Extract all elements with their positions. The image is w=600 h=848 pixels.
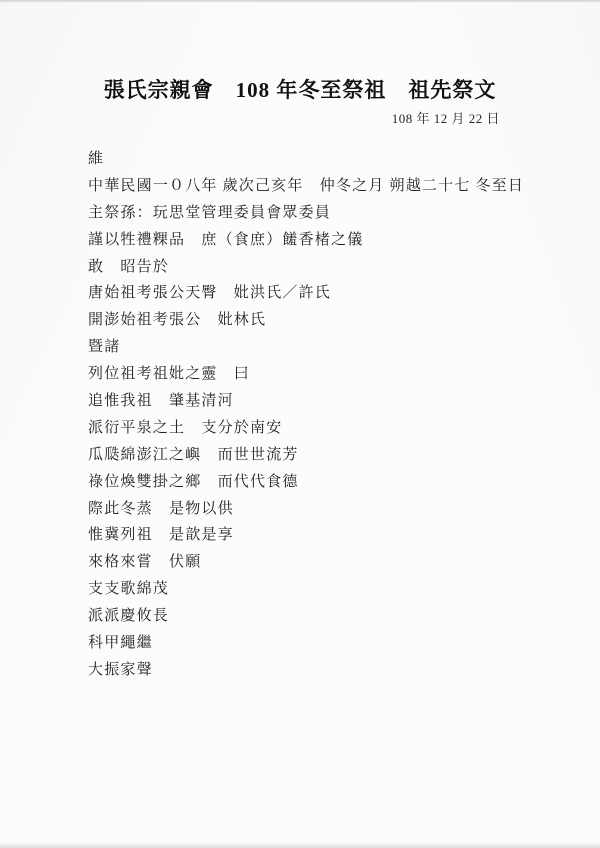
text-line: 際此冬蒸 是物以供 [88, 496, 558, 523]
text-line: 追惟我祖 肇基清河 [88, 388, 558, 415]
document-body: 維 中華民國一０八年 歲次己亥年 仲冬之月 朔越二十七 冬至日 主祭孫：玩思堂管… [88, 146, 558, 684]
text-line: 敢 昭告於 [88, 254, 558, 281]
text-line: 中華民國一０八年 歲次己亥年 仲冬之月 朔越二十七 冬至日 [88, 173, 558, 200]
text-line: 暨諸 [88, 334, 558, 361]
text-line: 派衍平泉之土 支分於南安 [88, 415, 558, 442]
text-line: 維 [88, 146, 558, 173]
text-line: 祿位煥雙掛之鄉 而代代食德 [88, 469, 558, 496]
text-line: 唐始祖考張公天臀 妣洪氏／許氏 [88, 280, 558, 307]
text-line: 瓜瓞綿澎江之嶼 而世世流芳 [88, 442, 558, 469]
text-line: 科甲繩繼 [88, 630, 558, 657]
document-date: 108 年 12 月 22 日 [0, 108, 500, 127]
text-line: 謹以牲禮粿品 庶（食庶）饈香楮之儀 [88, 227, 558, 254]
text-line: 列位祖考祖妣之靈 曰 [88, 361, 558, 388]
text-line: 支支歌綿茂 [88, 576, 558, 603]
text-line: 主祭孫：玩思堂管理委員會眾委員 [88, 200, 558, 227]
text-line: 派派慶攸長 [88, 603, 558, 630]
text-line: 開澎始祖考張公 妣林氏 [88, 307, 558, 334]
scanned-document-page: 張氏宗親會 108 年冬至祭祖 祖先祭文 108 年 12 月 22 日 維 中… [0, 0, 600, 848]
document-title: 張氏宗親會 108 年冬至祭祖 祖先祭文 [0, 74, 600, 104]
text-line: 來格來嘗 伏願 [88, 549, 558, 576]
text-line: 大振家聲 [88, 657, 558, 684]
text-line: 惟冀列祖 是歆是享 [88, 522, 558, 549]
